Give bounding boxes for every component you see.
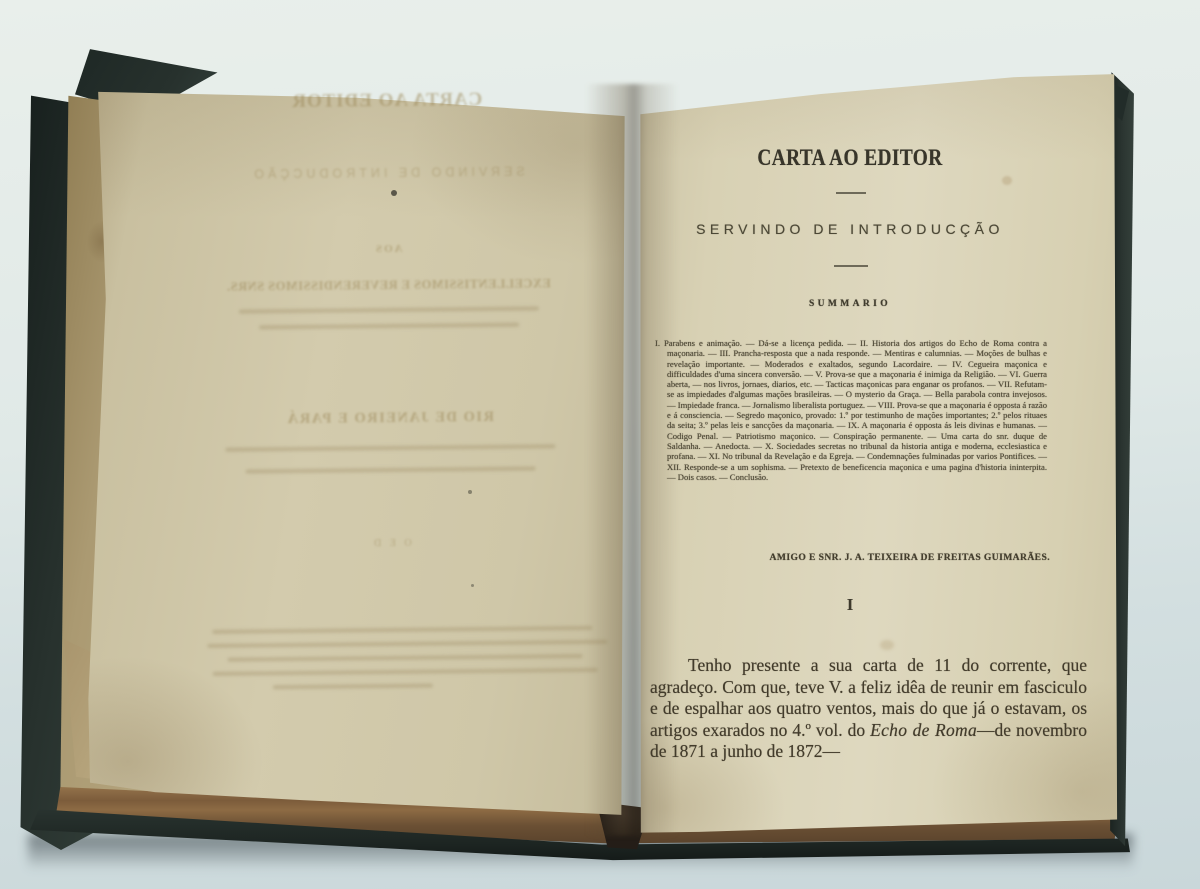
body-paragraph: Tenho presente a sua carta de 11 do corr… [650,655,1087,763]
ornament-rule [834,265,868,267]
summary-paragraph: I. Parabens e animação. — Dá-se a licenç… [655,338,1047,482]
paper-stain [1002,176,1012,185]
bleed-smudge [212,626,592,634]
bleed-smudge [207,640,607,648]
bleed-dedication: EXCELLENTISSIMOS E REVERENDISSIMOS SNRS. [129,275,649,295]
bleed-imprint: RIO DE JANEIRO E PARÁ [130,407,650,429]
book-photo-scene: CARTA AO EDITOR SERVINDO DE INTRODUCÇÃO … [0,0,1200,889]
bleed-smudge [228,654,583,662]
bleed-colophon: O E D [131,535,651,551]
salutation-line: AMIGO E SNR. J. A. TEIXEIRA DE FREITAS G… [650,552,1050,563]
bleed-smudge [259,323,519,330]
ornament-rule [836,192,866,194]
wormhole-speck [391,190,397,196]
paper-speck [468,490,472,494]
bleed-smudge [213,668,598,676]
summary-heading: SUMMARIO [650,299,1050,309]
bleed-smudge [246,466,536,473]
bleed-smudge [273,684,433,690]
body-italic-title: Echo de Roma [870,720,977,740]
bleed-aos: AOS [128,240,648,257]
section-numeral: I [650,595,1050,615]
bleed-subtitle: SERVINDO DE INTRODUCÇÃO [127,163,647,182]
paper-speck [471,584,474,587]
left-page-bleedthrough: CARTA AO EDITOR SERVINDO DE INTRODUCÇÃO … [127,77,654,742]
paper-stain [880,640,894,650]
bleed-smudge [225,444,555,451]
chapter-title: CARTA AO EDITOR [682,145,1018,171]
chapter-subtitle: SERVINDO DE INTRODUCÇÃO [650,221,1050,237]
bleed-title: CARTA AO EDITOR [127,87,647,114]
bleed-smudge [239,306,539,313]
